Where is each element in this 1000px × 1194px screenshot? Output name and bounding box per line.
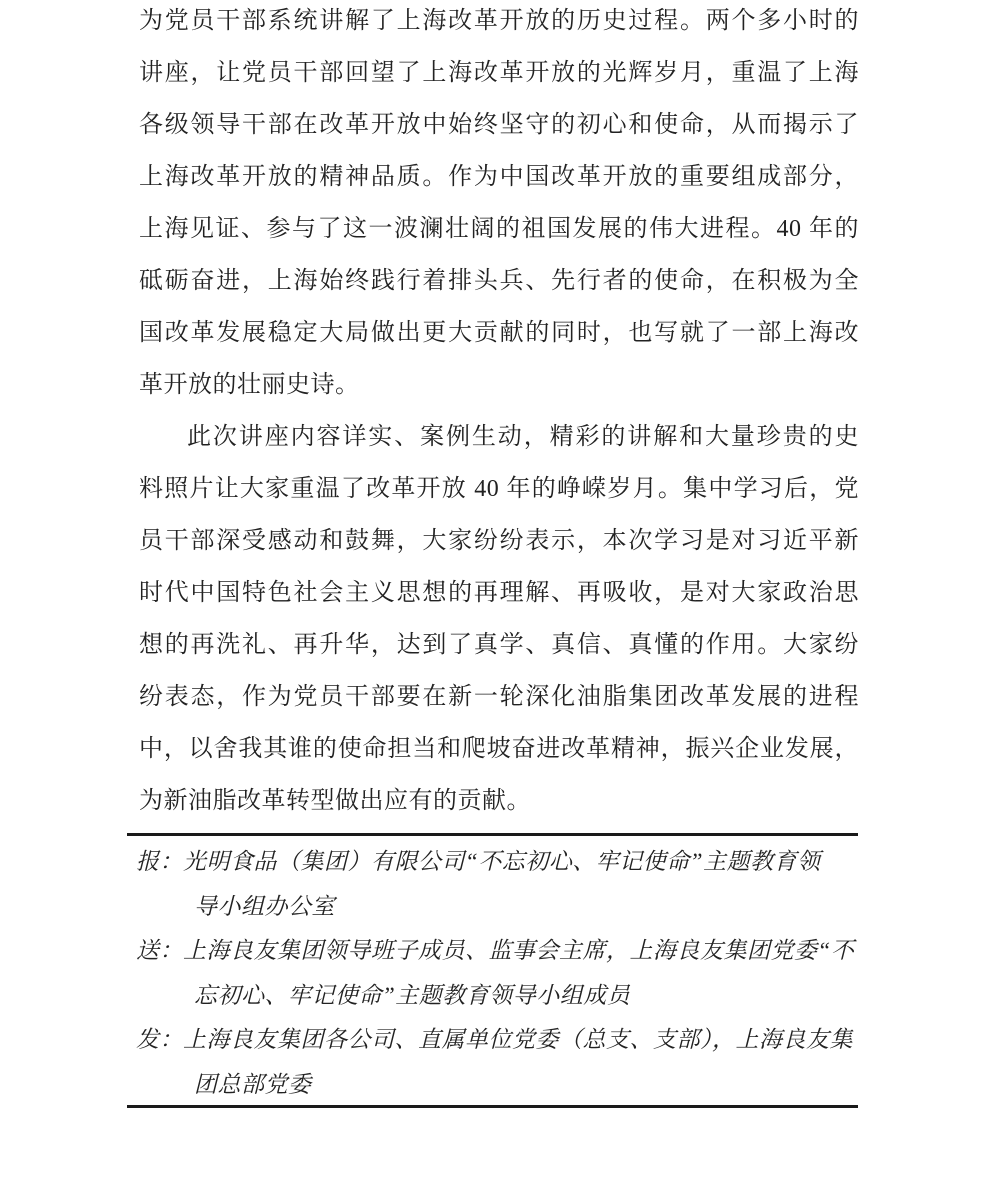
body-line: 讲座，让党员干部回望了上海改革开放的光辉岁月，重温了上海 xyxy=(139,47,859,99)
distribution-line-report: 报：光明食品（集团）有限公司“不忘初心、牢记使命”主题教育领 xyxy=(136,840,884,885)
document-page: 为党员干部系统讲解了上海改革开放的历史过程。两个多小时的 讲座，让党员干部回望了… xyxy=(0,0,1000,1194)
distribution-line-issue-cont: 团总部党委 xyxy=(136,1063,884,1108)
body-line: 纷表态，作为党员干部要在新一轮深化油脂集团改革发展的进程 xyxy=(139,671,859,723)
body-line-paragraph-end: 革开放的壮丽史诗。 xyxy=(139,359,859,411)
body-line: 时代中国特色社会主义思想的再理解、再吸收，是对大家政治思 xyxy=(139,567,859,619)
body-line: 想的再洗礼、再升华，达到了真学、真信、真懂的作用。大家纷 xyxy=(139,619,859,671)
body-line: 上海见证、参与了这一波澜壮阔的祖国发展的伟大进程。40 年的 xyxy=(139,203,859,255)
body-line: 砥砺奋进，上海始终践行着排头兵、先行者的使命，在积极为全 xyxy=(139,255,859,307)
body-line: 料照片让大家重温了改革开放 40 年的峥嵘岁月。集中学习后，党 xyxy=(139,463,859,515)
body-line: 中，以舍我其谁的使命担当和爬坡奋进改革精神，振兴企业发展， xyxy=(139,723,859,775)
distribution-line-issue: 发：上海良友集团各公司、直属单位党委（总支、支部），上海良友集 xyxy=(136,1018,884,1063)
body-text: 为党员干部系统讲解了上海改革开放的历史过程。两个多小时的 讲座，让党员干部回望了… xyxy=(139,0,859,827)
separator-line-top xyxy=(127,833,858,836)
separator-line-bottom xyxy=(127,1105,858,1108)
body-line: 上海改革开放的精神品质。作为中国改革开放的重要组成部分， xyxy=(139,151,859,203)
distribution-line-send: 送：上海良友集团领导班子成员、监事会主席，上海良友集团党委“不 xyxy=(136,929,884,974)
body-line-paragraph-end: 为新油脂改革转型做出应有的贡献。 xyxy=(139,775,859,827)
distribution-line-report-cont: 导小组办公室 xyxy=(136,885,884,930)
distribution-line-send-cont: 忘初心、牢记使命”主题教育领导小组成员 xyxy=(136,974,884,1019)
body-line: 员干部深受感动和鼓舞，大家纷纷表示，本次学习是对习近平新 xyxy=(139,515,859,567)
body-line: 为党员干部系统讲解了上海改革开放的历史过程。两个多小时的 xyxy=(139,0,859,47)
body-line-paragraph-start: 此次讲座内容详实、案例生动，精彩的讲解和大量珍贵的史 xyxy=(139,411,859,463)
distribution-list: 报：光明食品（集团）有限公司“不忘初心、牢记使命”主题教育领 导小组办公室 送：… xyxy=(136,840,884,1107)
body-line: 国改革发展稳定大局做出更大贡献的同时，也写就了一部上海改 xyxy=(139,307,859,359)
body-line: 各级领导干部在改革开放中始终坚守的初心和使命，从而揭示了 xyxy=(139,99,859,151)
